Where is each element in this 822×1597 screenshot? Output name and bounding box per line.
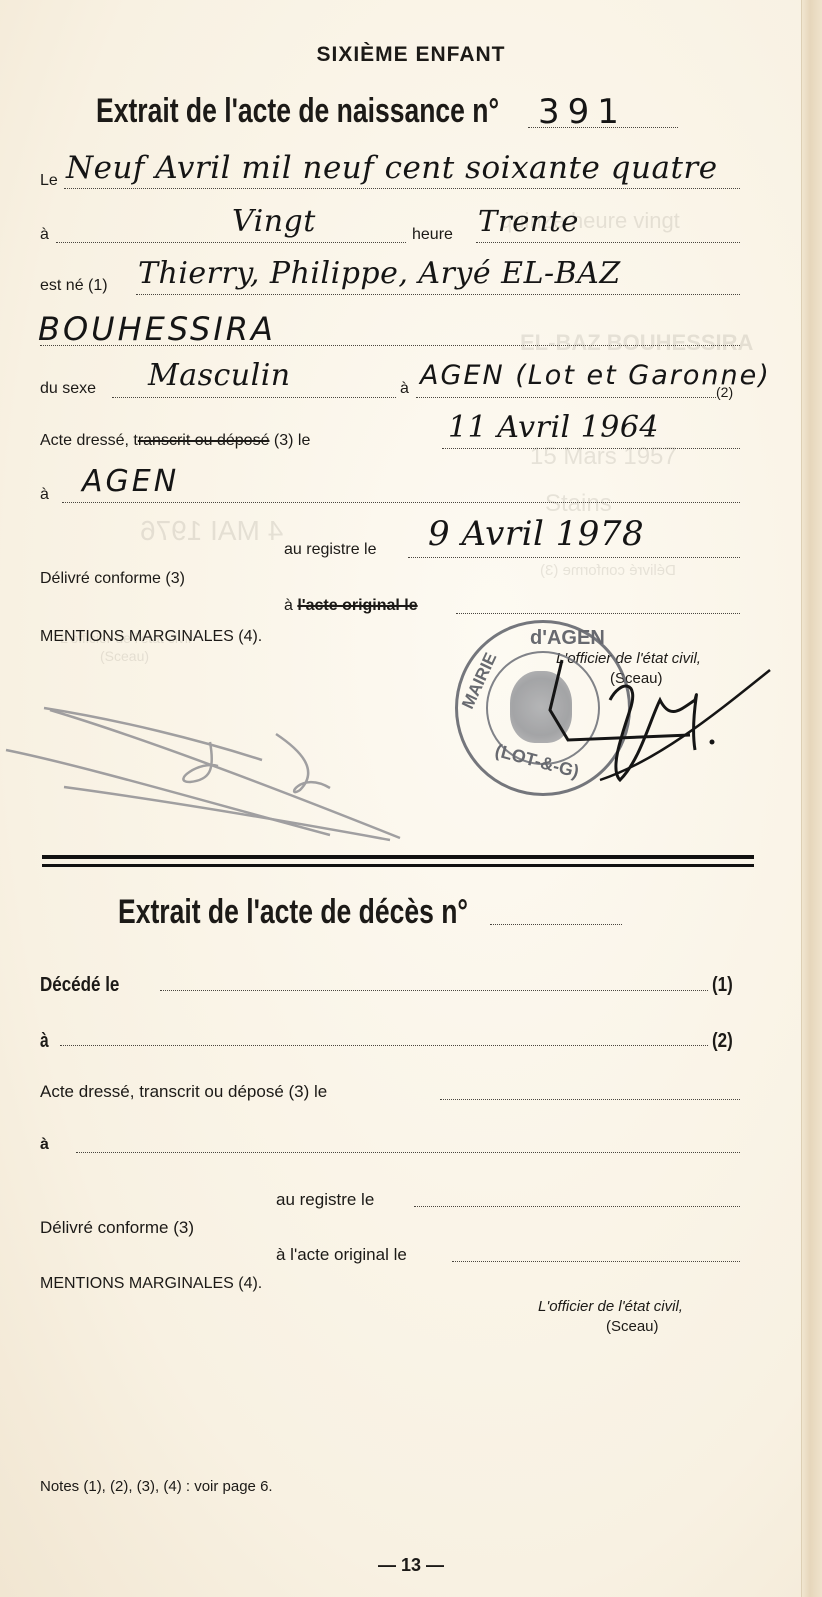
- acte-dresse-label: Acte dressé, transcrit ou déposé (3) le: [40, 432, 310, 450]
- death-registre-input[interactable]: [414, 1206, 740, 1207]
- sexe-label: du sexe: [40, 380, 96, 398]
- bleed-through-text: EL-BAZ BOUHESSIRA: [520, 330, 753, 356]
- section-divider: [42, 864, 754, 867]
- registre-label: au registre le: [284, 541, 377, 559]
- death-original-label: à l'acte original le: [276, 1245, 407, 1265]
- mairie-stamp: d'AGEN MAIRIE (LOT-&-G): [455, 620, 631, 796]
- le-label: Le: [40, 172, 58, 190]
- sexe-line: [112, 397, 396, 398]
- acte-place-line: [62, 502, 740, 503]
- death-acte-place-input[interactable]: [76, 1152, 740, 1153]
- death-acte-a-label: à: [40, 1136, 49, 1154]
- birth-act-number: 391: [538, 92, 627, 132]
- birth-hour: Vingt: [232, 204, 316, 239]
- minutes-line: [476, 242, 740, 243]
- lieu-note: (2): [716, 384, 733, 400]
- death-place-note: (2): [712, 1030, 736, 1053]
- birth-heading: Extrait de l'acte de naissance n°: [96, 92, 613, 131]
- section-title: SIXIÈME ENFANT: [0, 43, 822, 67]
- death-officier-label: L'officier de l'état civil,: [538, 1298, 683, 1315]
- a-label: à: [40, 226, 49, 244]
- pencil-scribble: [0, 670, 440, 850]
- notes-reference: Notes (1), (2), (3), (4) : voir page 6.: [40, 1478, 273, 1495]
- delivre-label: Délivré conforme (3): [40, 570, 185, 588]
- birth-minutes: Trente: [478, 204, 579, 238]
- decede-input[interactable]: [160, 990, 708, 991]
- booklet-spine-edge: [801, 0, 822, 1597]
- death-a-label: à: [40, 1030, 51, 1053]
- registre-line: [408, 557, 740, 558]
- death-delivre-label: Délivré conforme (3): [40, 1218, 194, 1238]
- lieu-line: [416, 397, 716, 398]
- death-mentions-label: MENTIONS MARGINALES (4).: [40, 1275, 262, 1293]
- death-place-input[interactable]: [60, 1045, 708, 1046]
- decede-label: Décédé le: [40, 974, 133, 997]
- acte-date: 11 Avril 1964: [448, 410, 659, 445]
- bleed-through-text: 4 MAI 1976: [140, 515, 283, 547]
- child-name-line-1: Thierry, Philippe, Aryé EL-BAZ: [138, 256, 621, 291]
- original-line: [456, 613, 740, 614]
- est-ne-label: est né (1): [40, 277, 108, 295]
- bleed-through-text: Délivré conforme (3): [540, 562, 676, 579]
- heure-label: heure: [412, 226, 453, 244]
- coat-of-arms-icon: [510, 671, 572, 743]
- death-acte-label: Acte dressé, transcrit ou déposé (3) le: [40, 1082, 327, 1102]
- struck-text: l'acte original le: [297, 597, 417, 614]
- name-line-1: [136, 294, 740, 295]
- mentions-label: MENTIONS MARGINALES (4).: [40, 628, 262, 646]
- date-line: [64, 188, 740, 189]
- hour-line: [56, 242, 406, 243]
- document-page: quinze heure vingt EL-BAZ BOUHESSIRA 15 …: [0, 0, 822, 1597]
- acte-a-label: à: [40, 486, 49, 504]
- birth-date-written: Neuf Avril mil neuf cent soixante quatre: [66, 150, 718, 186]
- death-registre-label: au registre le: [276, 1190, 374, 1210]
- death-acte-date-input[interactable]: [440, 1099, 740, 1100]
- section-divider: [42, 855, 754, 859]
- lieu-a-label: à: [400, 380, 409, 398]
- acte-date-line: [442, 448, 740, 449]
- death-sceau-label: (Sceau): [606, 1318, 659, 1335]
- death-heading: Extrait de l'acte de décès n°: [118, 893, 567, 932]
- bleed-through-text: (Sceau): [100, 648, 149, 664]
- page-number: — 13 —: [0, 1555, 822, 1576]
- sexe-value: Masculin: [148, 358, 291, 393]
- death-original-input[interactable]: [452, 1261, 740, 1262]
- decede-note: (1): [712, 974, 736, 997]
- acte-place: AGEN: [82, 464, 179, 499]
- death-act-number-line: [490, 924, 622, 925]
- struck-text: ranscrit ou déposé: [138, 432, 270, 449]
- registre-date: 9 Avril 1978: [428, 514, 644, 554]
- original-label: à l'acte original le: [284, 597, 418, 615]
- child-name-line-2: BOUHESSIRA: [38, 310, 276, 348]
